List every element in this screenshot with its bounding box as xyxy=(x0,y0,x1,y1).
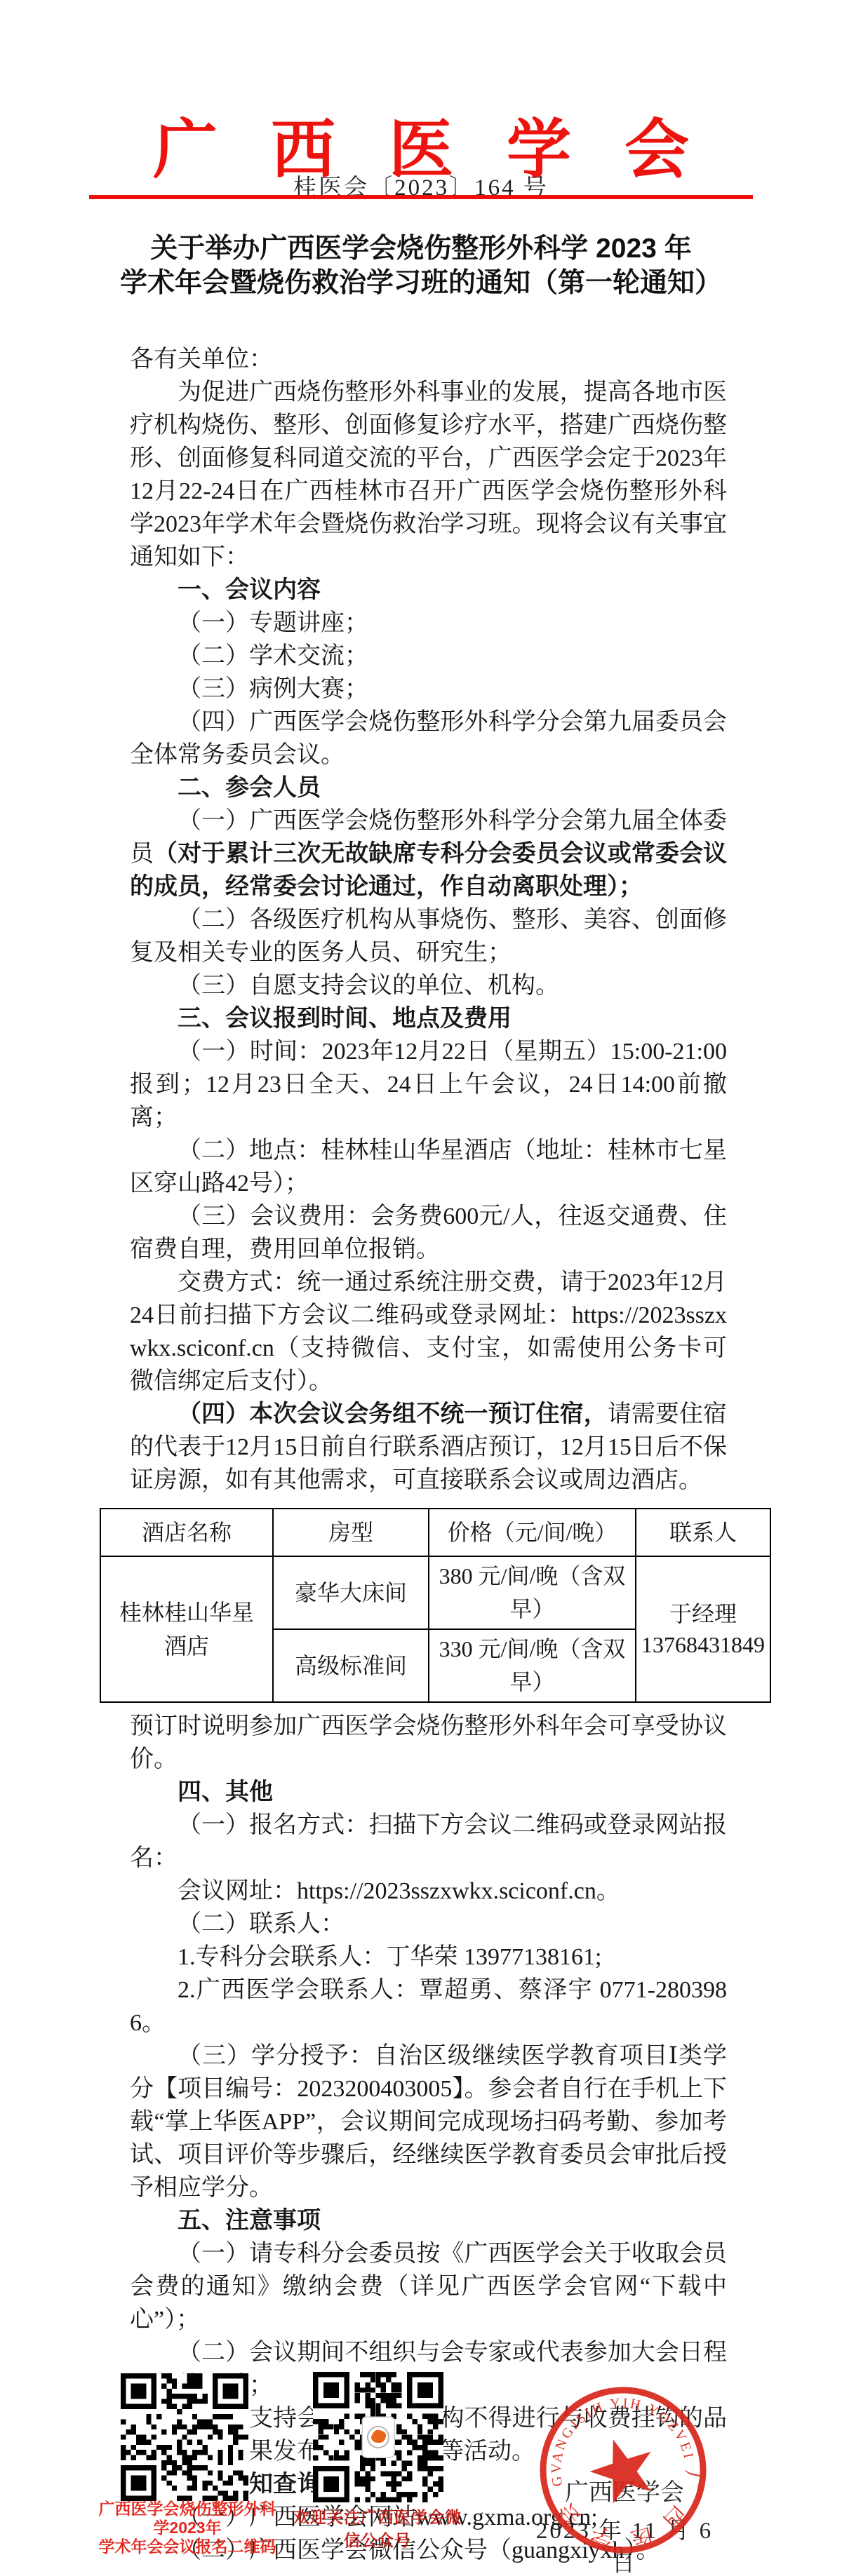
table-row: 桂林桂山华星酒店 豪华大床间 380 元/间/晚（含双早） 于经理 137684… xyxy=(100,1556,770,1629)
body-paragraph: （三）学分授予：自治区级继续医学教育项目Ⅰ类学分【项目编号：2023200403… xyxy=(130,2039,727,2204)
text-run: （二）各级医疗机构从事烧伤、整形、美容、创面修复及相关专业的医务人员、研究生； xyxy=(130,907,727,966)
hotel-price-table: 酒店名称 房型 价格（元/间/晚） 联系人 桂林桂山华星酒店 豪华大床间 380… xyxy=(100,1508,771,1703)
section-heading: 二、参会人员 xyxy=(130,771,727,804)
body-paragraph: （三）会议费用：会务费600元/人，往返交通费、住宿费自理，费用回单位报销。 xyxy=(130,1200,727,1266)
text-run: 2.广西医学会联系人：覃超勇、蔡泽宇 0771-2803986。 xyxy=(130,1977,727,2036)
text-run: （一）请专科分会委员按《广西医学会关于收取会员会费的通知》缴纳会费（详见广西医学… xyxy=(130,2241,727,2333)
text-run: 预订时说明参加广西医学会烧伤整形外科年会可享受协议价。 xyxy=(130,1713,727,1772)
registration-qr-caption-line1: 广西医学会烧伤整形外科学2023年 xyxy=(95,2500,279,2537)
body-paragraph: （二）学术交流； xyxy=(130,640,727,673)
text-run: （二）地点：桂林桂山华星酒店（地址：桂林市七星区穿山路42号）； xyxy=(130,1138,727,1196)
body-paragraph: （三）病例大赛； xyxy=(130,673,727,706)
body-paragraph: （二）各级医疗机构从事烧伤、整形、美容、创面修复及相关专业的医务人员、研究生； xyxy=(130,903,727,969)
red-divider-line xyxy=(89,195,753,199)
col-header-room: 房型 xyxy=(273,1509,429,1556)
col-header-price: 价格（元/间/晚） xyxy=(429,1509,636,1556)
registration-qr-code-icon xyxy=(121,2373,248,2501)
contact-name: 于经理 xyxy=(641,1598,766,1629)
body-section-before-table: 各有关单位：为促进广西烧伤整形外科事业的发展，提高各地市医疗机构烧伤、整形、创面… xyxy=(130,343,727,1497)
contact-phone: 13768431849 xyxy=(641,1629,766,1660)
body-paragraph: 1.专科分会联系人：丁华荣 13977138161; xyxy=(130,1941,727,1974)
table-header-row: 酒店名称 房型 价格（元/间/晚） 联系人 xyxy=(100,1509,770,1556)
text-run: （三）学分授予：自治区级继续医学教育项目Ⅰ类学分【项目编号：2023200403… xyxy=(130,2043,727,2201)
price-cell: 380 元/间/晚（含双早） xyxy=(429,1556,636,1629)
text-run: （二）联系人： xyxy=(178,1911,345,1937)
text-run: 1.专科分会联系人：丁华荣 13977138161; xyxy=(178,1944,601,1970)
body-paragraph: （二）联系人： xyxy=(130,1908,727,1941)
issue-date: 2023 年 11 月 6 日 xyxy=(530,2512,719,2576)
text-run: （一）报名方式：扫描下方会议二维码或登录网站报名： xyxy=(130,1812,727,1871)
registration-qr-caption: 广西医学会烧伤整形外科学2023年 学术年会会议报名二维码 xyxy=(95,2500,279,2556)
body-paragraph: 预订时说明参加广西医学会烧伤整形外科年会可享受协议价。 xyxy=(130,1710,727,1776)
text-run: 会议网址：https://2023sszxwkx.sciconf.cn。 xyxy=(178,1878,620,1904)
body-paragraph: （一）时间：2023年12月22日（星期五）15:00-21:00报到；12月2… xyxy=(130,1035,727,1134)
hotel-name-cell: 桂林桂山华星酒店 xyxy=(100,1556,273,1702)
text-run: 各有关单位： xyxy=(130,346,273,372)
text-run: （三）病例大赛； xyxy=(178,676,368,702)
col-header-contact: 联系人 xyxy=(636,1509,770,1556)
body-paragraph: （四）广西医学会烧伤整形外科学分会第九届委员会全体常务委员会议。 xyxy=(130,706,727,771)
body-paragraph: 会议网址：https://2023sszxwkx.sciconf.cn。 xyxy=(130,1875,727,1908)
body-paragraph: （一）专题讲座； xyxy=(130,607,727,640)
section-heading: 五、注意事项 xyxy=(130,2204,727,2237)
text-run: 为促进广西烧伤整形外科事业的发展，提高各地市医疗机构烧伤、整形、创面修复诊疗水平… xyxy=(130,379,727,570)
registration-qr-caption-line2: 学术年会会议报名二维码 xyxy=(95,2537,279,2556)
body-paragraph: 各有关单位： xyxy=(130,343,727,376)
body-paragraph: 交费方式：统一通过系统注册交费，请于2023年12月24日前扫描下方会议二维码或… xyxy=(130,1266,727,1398)
text-run: （三）会议费用：会务费600元/人，往返交通费、住宿费自理，费用回单位报销。 xyxy=(130,1203,727,1262)
hotel-name: 桂林桂山华星酒店 xyxy=(116,1596,257,1663)
text-run: （一）时间：2023年12月22日（星期五）15:00-21:00报到；12月2… xyxy=(130,1039,727,1131)
document-body: 各有关单位：为促进广西烧伤整形外科事业的发展，提高各地市医疗机构烧伤、整形、创面… xyxy=(130,343,727,2567)
room-type-cell: 高级标准间 xyxy=(273,1629,429,1702)
bold-text-run: （对于累计三次无故缺席专科分会委员会议或常委会议的成员，经常委会讨论通过，作自动… xyxy=(130,840,727,900)
body-paragraph: （二）地点：桂林桂山华星酒店（地址：桂林市七星区穿山路42号）； xyxy=(130,1134,727,1200)
notice-document-page: 广西医学会 桂医会〔2023〕164 号 关于举办广西医学会烧伤整形外科学 20… xyxy=(0,0,842,2576)
contact-cell: 于经理 13768431849 xyxy=(636,1556,770,1702)
section-heading: 四、其他 xyxy=(130,1776,727,1809)
price-cell: 330 元/间/晚（含双早） xyxy=(429,1629,636,1702)
bold-text-run: （四）本次会议会务组不统一预订住宿， xyxy=(178,1401,608,1427)
notice-title-line2: 学术年会暨烧伤救治学习班的通知（第一轮通知） xyxy=(70,266,772,300)
notice-title-line1: 关于举办广西医学会烧伤整形外科学 2023 年 xyxy=(70,231,772,266)
wechat-qr-caption: 欢迎关注广西医学会微信公众号 xyxy=(286,2504,469,2551)
text-run: （一）专题讲座； xyxy=(178,610,368,636)
notice-title: 关于举办广西医学会烧伤整形外科学 2023 年 学术年会暨烧伤救治学习班的通知（… xyxy=(70,231,772,300)
col-header-hotel: 酒店名称 xyxy=(100,1509,273,1556)
text-run: （二）学术交流； xyxy=(178,643,368,669)
body-paragraph: （一）请专科分会委员按《广西医学会关于收取会员会费的通知》缴纳会费（详见广西医学… xyxy=(130,2237,727,2336)
body-paragraph: 2.广西医学会联系人：覃超勇、蔡泽宇 0771-2803986。 xyxy=(130,1974,727,2039)
body-paragraph: （一）报名方式：扫描下方会议二维码或登录网站报名： xyxy=(130,1809,727,1875)
body-paragraph: （三）自愿支持会议的单位、机构。 xyxy=(130,969,727,1002)
wechat-qr-code-icon xyxy=(313,2372,443,2502)
body-paragraph: （一）广西医学会烧伤整形外科学分会第九届全体委员（对于累计三次无故缺席专科分会委… xyxy=(130,804,727,903)
text-run: （四）广西医学会烧伤整形外科学分会第九届委员会全体常务委员会议。 xyxy=(130,709,727,768)
section-heading: 三、会议报到时间、地点及费用 xyxy=(130,1002,727,1035)
body-paragraph: （四）本次会议会务组不统一预订住宿，请需要住宿的代表于12月15日前自行联系酒店… xyxy=(130,1398,727,1497)
issuer-name: 广西医学会 xyxy=(554,2473,695,2507)
body-paragraph: 为促进广西烧伤整形外科事业的发展，提高各地市医疗机构烧伤、整形、创面修复诊疗水平… xyxy=(130,376,727,574)
room-type-cell: 豪华大床间 xyxy=(273,1556,429,1629)
text-run: （三）自愿支持会议的单位、机构。 xyxy=(178,973,559,999)
section-heading: 一、会议内容 xyxy=(130,574,727,607)
text-run: 交费方式：统一通过系统注册交费，请于2023年12月24日前扫描下方会议二维码或… xyxy=(130,1269,727,1394)
